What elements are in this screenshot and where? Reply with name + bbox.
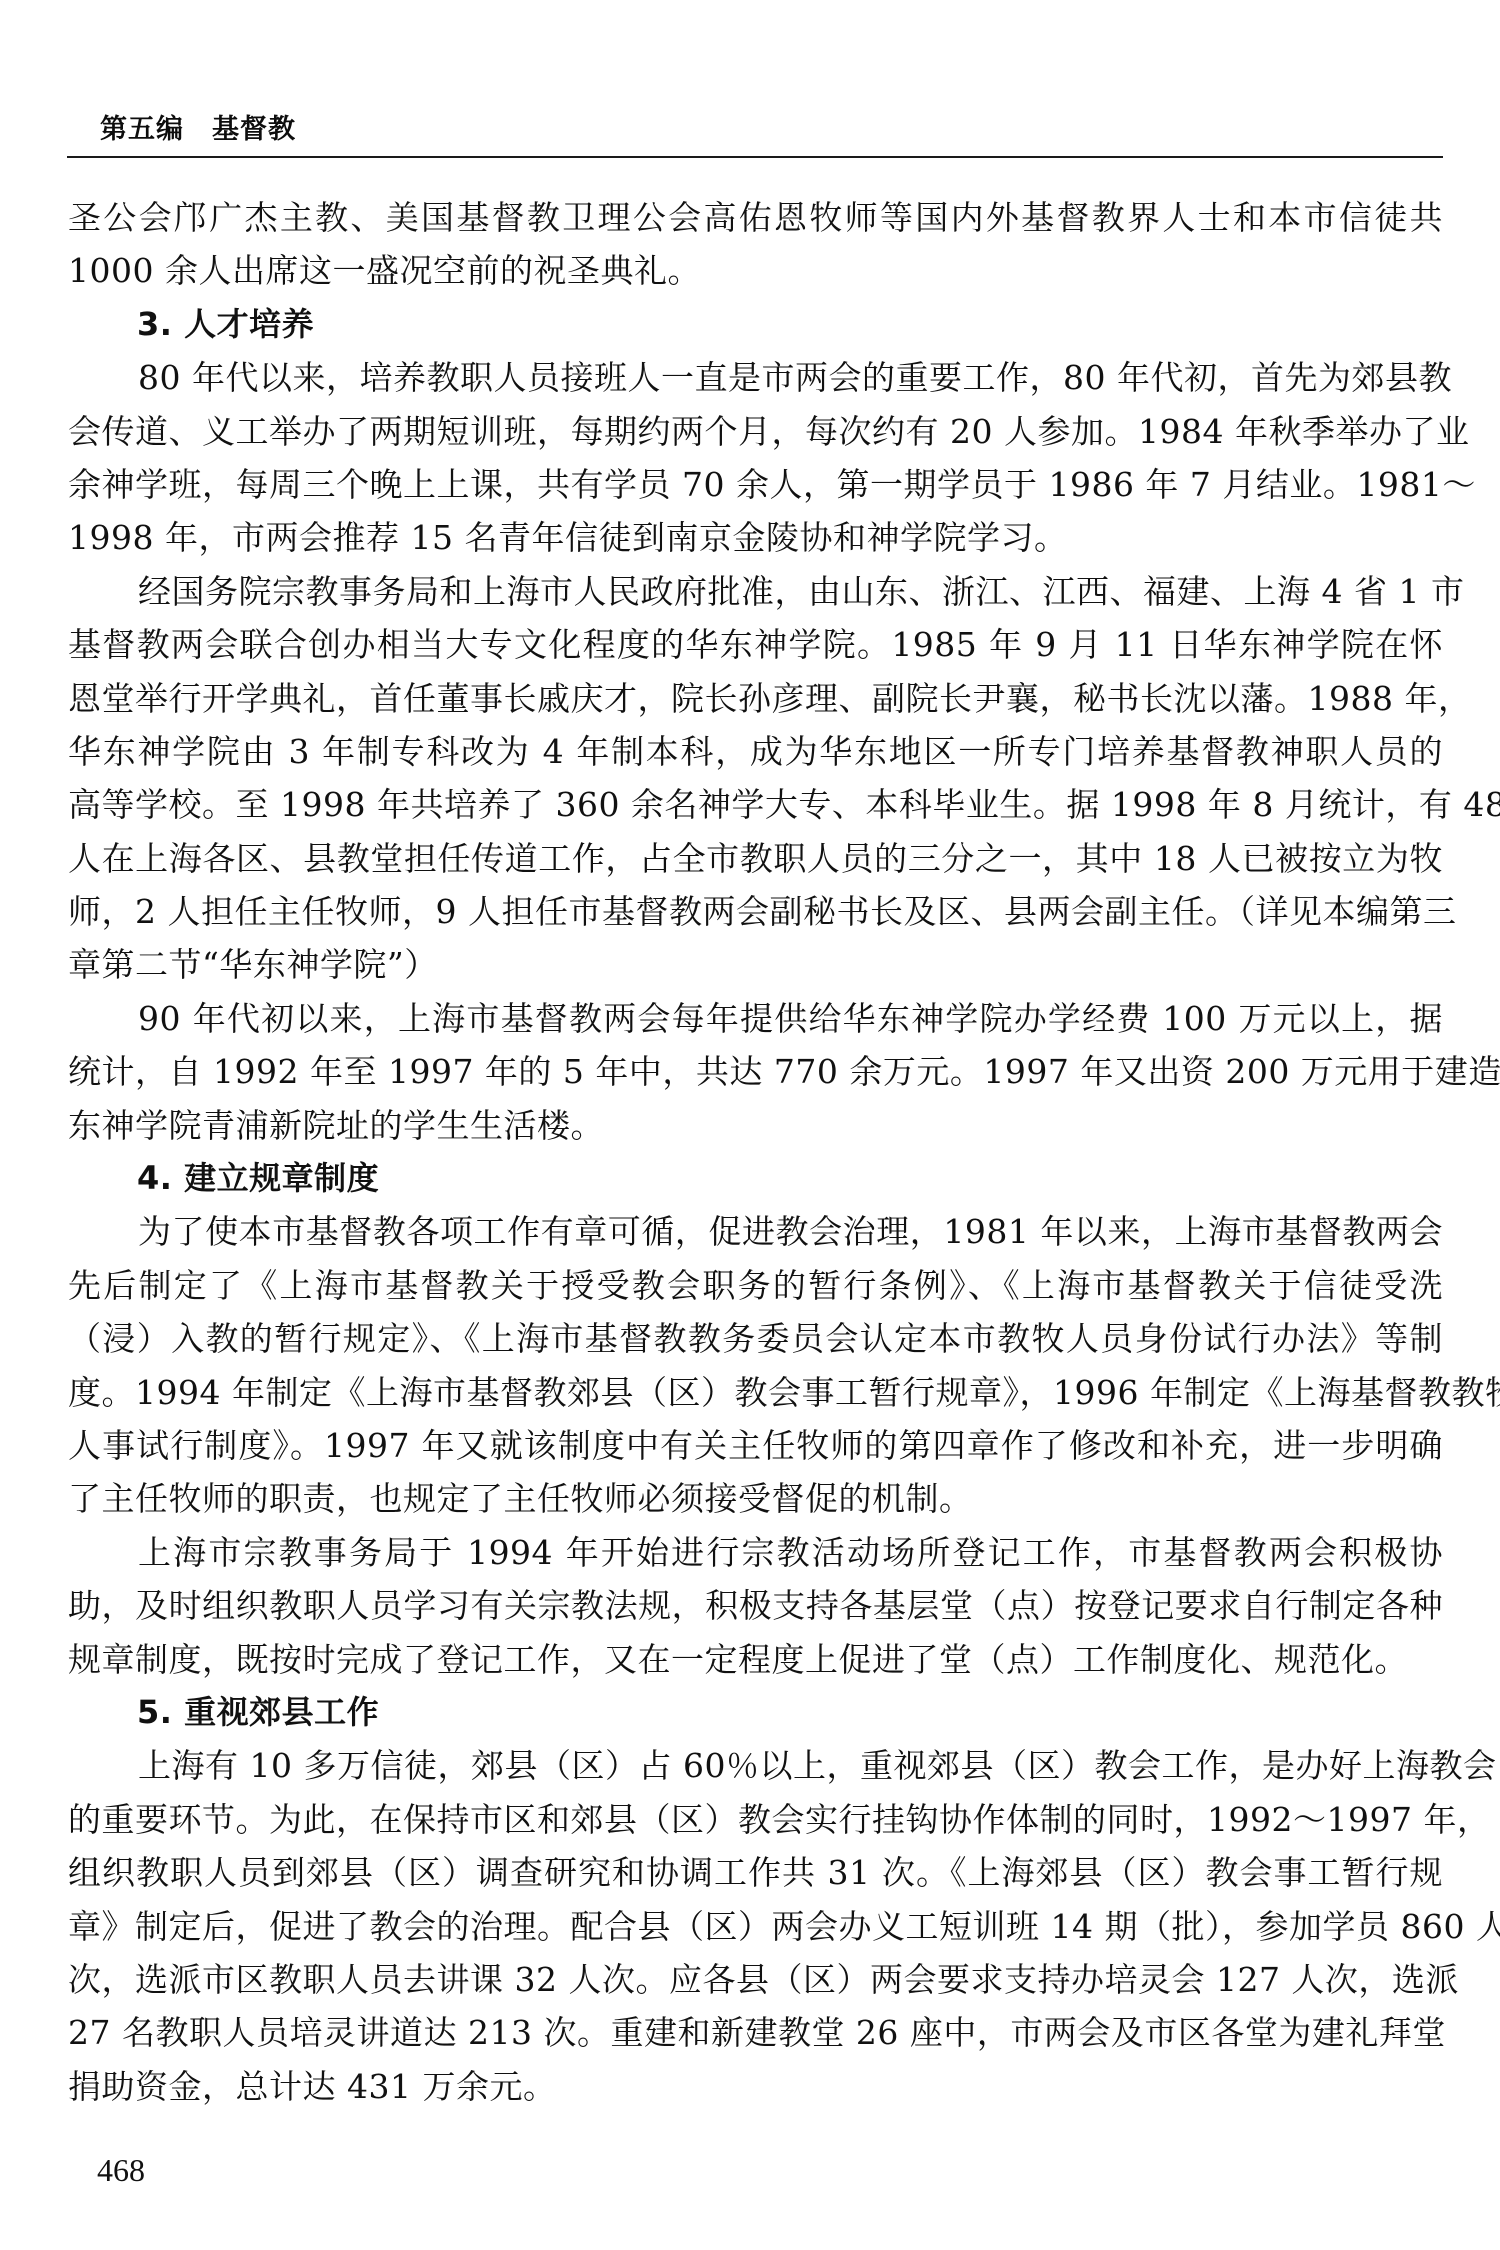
text-line: 人在上海各区、县教堂担任传道工作，占全市教职人员的三分之一，其中 18 人已被按… [68, 832, 1443, 885]
text-line: 助，及时组织教职人员学习有关宗教法规，积极支持各基层堂（点）按登记要求自行制定各… [68, 1579, 1443, 1632]
text-line: 捐助资金，总计达 431 万余元。 [68, 2060, 1443, 2113]
text-line: 华东神学院由 3 年制专科改为 4 年制本科，成为华东地区一所专门培养基督教神职… [68, 725, 1443, 778]
section-heading-suburban-work: 5. 重视郊县工作 [68, 1686, 1443, 1739]
page-number: 468 [97, 2152, 145, 2188]
text-line: 上海有 10 多万信徒，郊县（区）占 60％以上，重视郊县（区）教会工作，是办好… [68, 1739, 1443, 1792]
text-line: 1000 余人出席这一盛况空前的祝圣典礼。 [68, 244, 1443, 297]
section-heading-talent-training: 3. 人才培养 [68, 298, 1443, 351]
text-line: 章》制定后，促进了教会的治理。配合县（区）两会办义工短训班 14 期（批），参加… [68, 1900, 1443, 1953]
text-line: 上海市宗教事务局于 1994 年开始进行宗教活动场所登记工作，市基督教两会积极协 [68, 1526, 1443, 1579]
text-line: 师，2 人担任主任牧师，9 人担任市基督教两会副秘书长及区、县两会副主任。（详见… [68, 885, 1443, 938]
text-line: 为了使本市基督教各项工作有章可循，促进教会治理，1981 年以来，上海市基督教两… [68, 1205, 1443, 1258]
text-line: 经国务院宗教事务局和上海市人民政府批准，由山东、浙江、江西、福建、上海 4 省 … [68, 565, 1443, 618]
text-line: 高等学校。至 1998 年共培养了 360 余名神学大专、本科毕业生。据 199… [68, 778, 1443, 831]
text-line: 规章制度，既按时完成了登记工作，又在一定程度上促进了堂（点）工作制度化、规范化。 [68, 1633, 1443, 1686]
text-line: 圣公会邝广杰主教、美国基督教卫理公会高佑恩牧师等国内外基督教界人士和本市信徒共 [68, 191, 1443, 244]
text-line: 90 年代初以来，上海市基督教两会每年提供给华东神学院办学经费 100 万元以上… [68, 992, 1443, 1045]
text-line: 会传道、义工举办了两期短训班，每期约两个月，每次约有 20 人参加。1984 年… [68, 405, 1443, 458]
text-line: 80 年代以来，培养教职人员接班人一直是市两会的重要工作，80 年代初，首先为郊… [68, 351, 1443, 404]
text-line: 组织教职人员到郊县（区）调查研究和协调工作共 31 次。《上海郊县（区）教会事工… [68, 1846, 1443, 1899]
header-rule-divider [67, 156, 1443, 158]
text-line: 恩堂举行开学典礼，首任董事长戚庆才，院长孙彦理、副院长尹襄，秘书长沈以藩。198… [68, 672, 1443, 725]
text-line: 统计，自 1992 年至 1997 年的 5 年中，共达 770 余万元。199… [68, 1045, 1443, 1098]
text-line: 的重要环节。为此，在保持市区和郊县（区）教会实行挂钩协作体制的同时，1992～1… [68, 1793, 1443, 1846]
text-line: 1998 年，市两会推荐 15 名青年信徒到南京金陵协和神学院学习。 [68, 511, 1443, 564]
running-head-title: 第五编 基督教 [100, 112, 296, 148]
text-line: 余神学班，每周三个晚上上课，共有学员 70 余人，第一期学员于 1986 年 7… [68, 458, 1443, 511]
text-line: 东神学院青浦新院址的学生生活楼。 [68, 1099, 1443, 1152]
text-line: 了主任牧师的职责，也规定了主任牧师必须接受督促的机制。 [68, 1472, 1443, 1525]
text-line: 章第二节“华东神学院”） [68, 938, 1443, 991]
text-line: 人事试行制度》。1997 年又就该制度中有关主任牧师的第四章作了修改和补充，进一… [68, 1419, 1443, 1472]
text-line: 先后制定了《上海市基督教关于授受教会职务的暂行条例》、《上海市基督教关于信徒受洗 [68, 1259, 1443, 1312]
text-line: （浸）入教的暂行规定》、《上海市基督教教务委员会认定本市教牧人员身份试行办法》等… [68, 1312, 1443, 1365]
body-text: 圣公会邝广杰主教、美国基督教卫理公会高佑恩牧师等国内外基督教界人士和本市信徒共 … [68, 191, 1443, 2113]
text-line: 基督教两会联合创办相当大专文化程度的华东神学院。1985 年 9 月 11 日华… [68, 618, 1443, 671]
section-heading-regulations: 4. 建立规章制度 [68, 1152, 1443, 1205]
text-line: 度。1994 年制定《上海市基督教郊县（区）教会事工暂行规章》，1996 年制定… [68, 1366, 1443, 1419]
text-line: 27 名教职人员培灵讲道达 213 次。重建和新建教堂 26 座中，市两会及市区… [68, 2006, 1443, 2059]
text-line: 次，选派市区教职人员去讲课 32 人次。应各县（区）两会要求支持办培灵会 127… [68, 1953, 1443, 2006]
